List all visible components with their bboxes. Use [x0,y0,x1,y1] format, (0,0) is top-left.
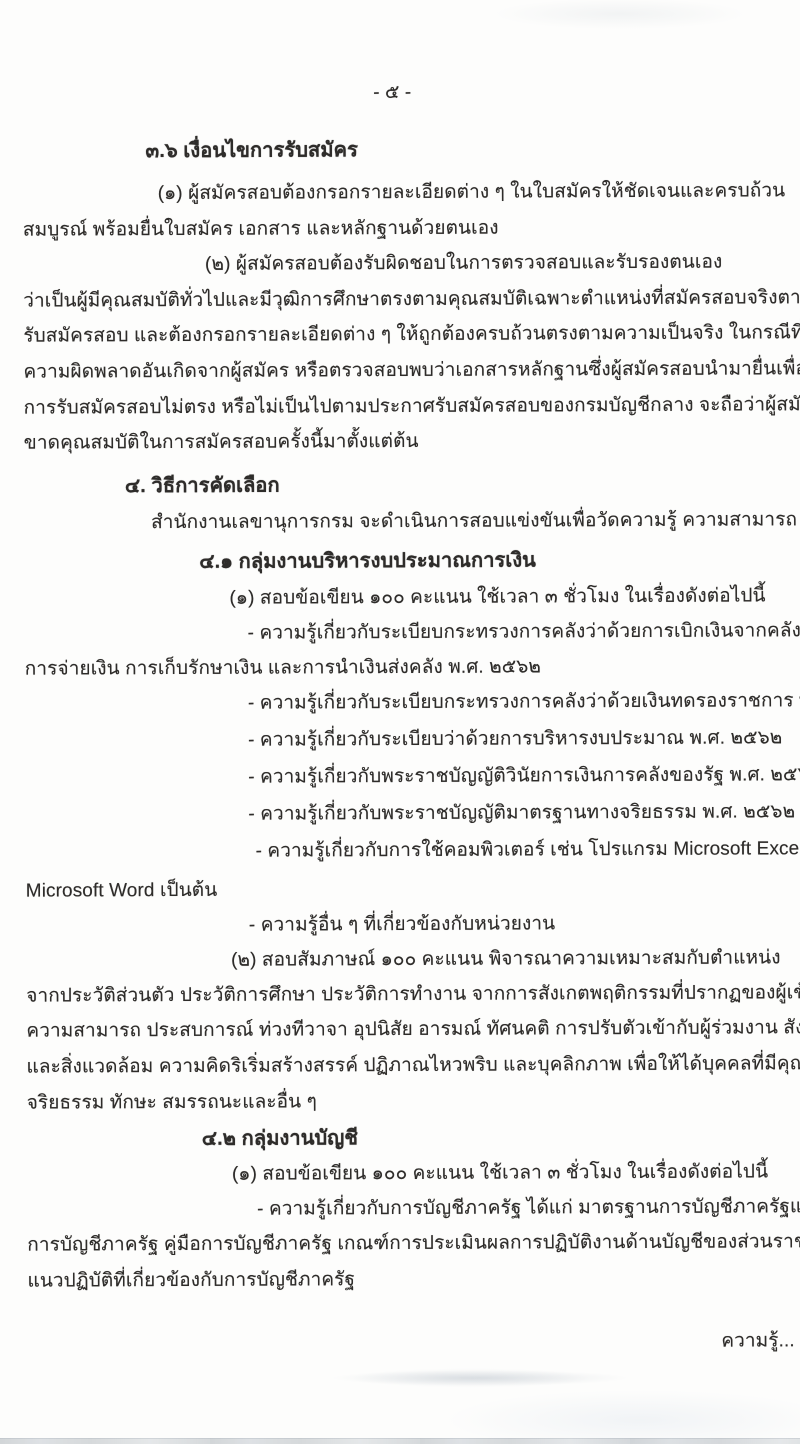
group-4-2-written-exam: (๑) สอบข้อเขียน ๑๐๐ คะแนน ใช้เวลา ๓ ชั่ว… [232,1159,768,1187]
group-4-1-interview: (๒) สอบสัมภาษณ์ ๑๐๐ คะแนน พิจารณาความเหม… [231,945,781,973]
page-number: - ๕ - [297,80,487,107]
topic-item: - ความรู้เกี่ยวกับระเบียบกระทรวงการคลังว… [248,688,800,717]
topic-item-continuation: แนวปฏิบัติที่เกี่ยวข้องกับการบัญชีภาครัฐ [27,1267,355,1294]
para-1-line-2: สมบูรณ์ พร้อมยื่นใบสมัคร เอกสาร และหลักฐ… [23,216,499,244]
para-2-line-3: รับสมัครสอบ และต้องกรอกรายละเอียดต่าง ๆ … [23,320,800,349]
heading-4-1: ๔.๑ กลุ่มงานบริหารงบประมาณการเงิน [199,547,536,574]
topic-item: - ความรู้เกี่ยวกับการบัญชีภาครัฐ ได้แก่ … [257,1194,800,1223]
section-4-intro: สำนักงานเลขานุการกรม จะดำเนินการสอบแข่งข… [151,507,800,536]
para-2-line-4: ความผิดพลาดอันเกิดจากผู้สมัคร หรือตรวจสอ… [23,356,800,386]
para-2-line-1: (๒) ผู้สมัครสอบต้องรับผิดชอบในการตรวจสอบ… [205,250,722,278]
para-2-line-2: ว่าเป็นผู้มีคุณสมบัติทั่วไปและมีวุฒิการศ… [23,285,800,315]
interview-line-4: และสิ่งแวดล้อม ความคิดริเริ่มสร้างสรรค์ … [26,1051,800,1081]
topic-item: - ความรู้อื่น ๆ ที่เกี่ยวข้องกับหน่วยงาน [249,911,555,938]
scan-smudge [330,1370,630,1386]
topic-item-continuation: Microsoft Word เป็นต้น [26,878,218,905]
topic-item: - ความรู้เกี่ยวกับพระราชบัญญัติมาตรฐานทา… [248,799,795,827]
interview-line-3: ความสามารถ ประสบการณ์ ท่วงทีวาจา อุปนิสั… [26,1015,800,1045]
para-2-line-5: การรับสมัครสอบไม่ตรง หรือไม่เป็นไปตามประ… [24,392,800,422]
heading-3-6: ๓.๖ เงื่อนไขการรับสมัคร [145,137,358,164]
topic-item: - ความรู้เกี่ยวกับระเบียบว่าด้วยการบริหา… [248,725,782,753]
topic-item-continuation: การจ่ายเงิน การเก็บรักษาเงิน และการนำเงิ… [25,654,541,682]
interview-line-5: จริยธรรม ทักษะ สมรรถนะและอื่น ๆ [27,1089,317,1116]
interview-line-2: จากประวัติส่วนตัว ประวัติการศึกษา ประวัต… [26,980,800,1010]
group-4-1-written-exam: (๑) สอบข้อเขียน ๑๐๐ คะแนน ใช้เวลา ๓ ชั่ว… [229,583,765,611]
heading-4: ๔. วิธีการคัดเลือก [125,473,280,500]
document-page: - ๕ - ๓.๖ เงื่อนไขการรับสมัคร (๑) ผู้สมั… [0,0,800,1444]
continuation-marker: ความรู้... [643,1328,795,1355]
heading-4-2: ๔.๒ กลุ่มงานบัญชี [202,1125,358,1152]
scan-edge-artifact [0,1438,800,1444]
topic-item: - ความรู้เกี่ยวกับการใช้คอมพิวเตอร์ เช่น… [256,836,800,864]
para-2-line-6: ขาดคุณสมบัติในการสมัครสอบครั้งนี้มาตั้งแ… [24,429,419,457]
topic-item: - ความรู้เกี่ยวกับระเบียบกระทรวงการคลังว… [248,618,800,647]
scanned-text-block: - ๕ - ๓.๖ เงื่อนไขการรับสมัคร (๑) ผู้สมั… [0,0,800,1444]
topic-item: - ความรู้เกี่ยวกับพระราชบัญญัติวินัยการเ… [248,762,800,791]
topic-item-continuation: การบัญชีภาครัฐ คู่มือการบัญชีภาครัฐ เกณฑ… [27,1229,800,1259]
para-1-line-1: (๑) ผู้สมัครสอบต้องกรอกรายละเอียดต่าง ๆ … [158,178,786,207]
